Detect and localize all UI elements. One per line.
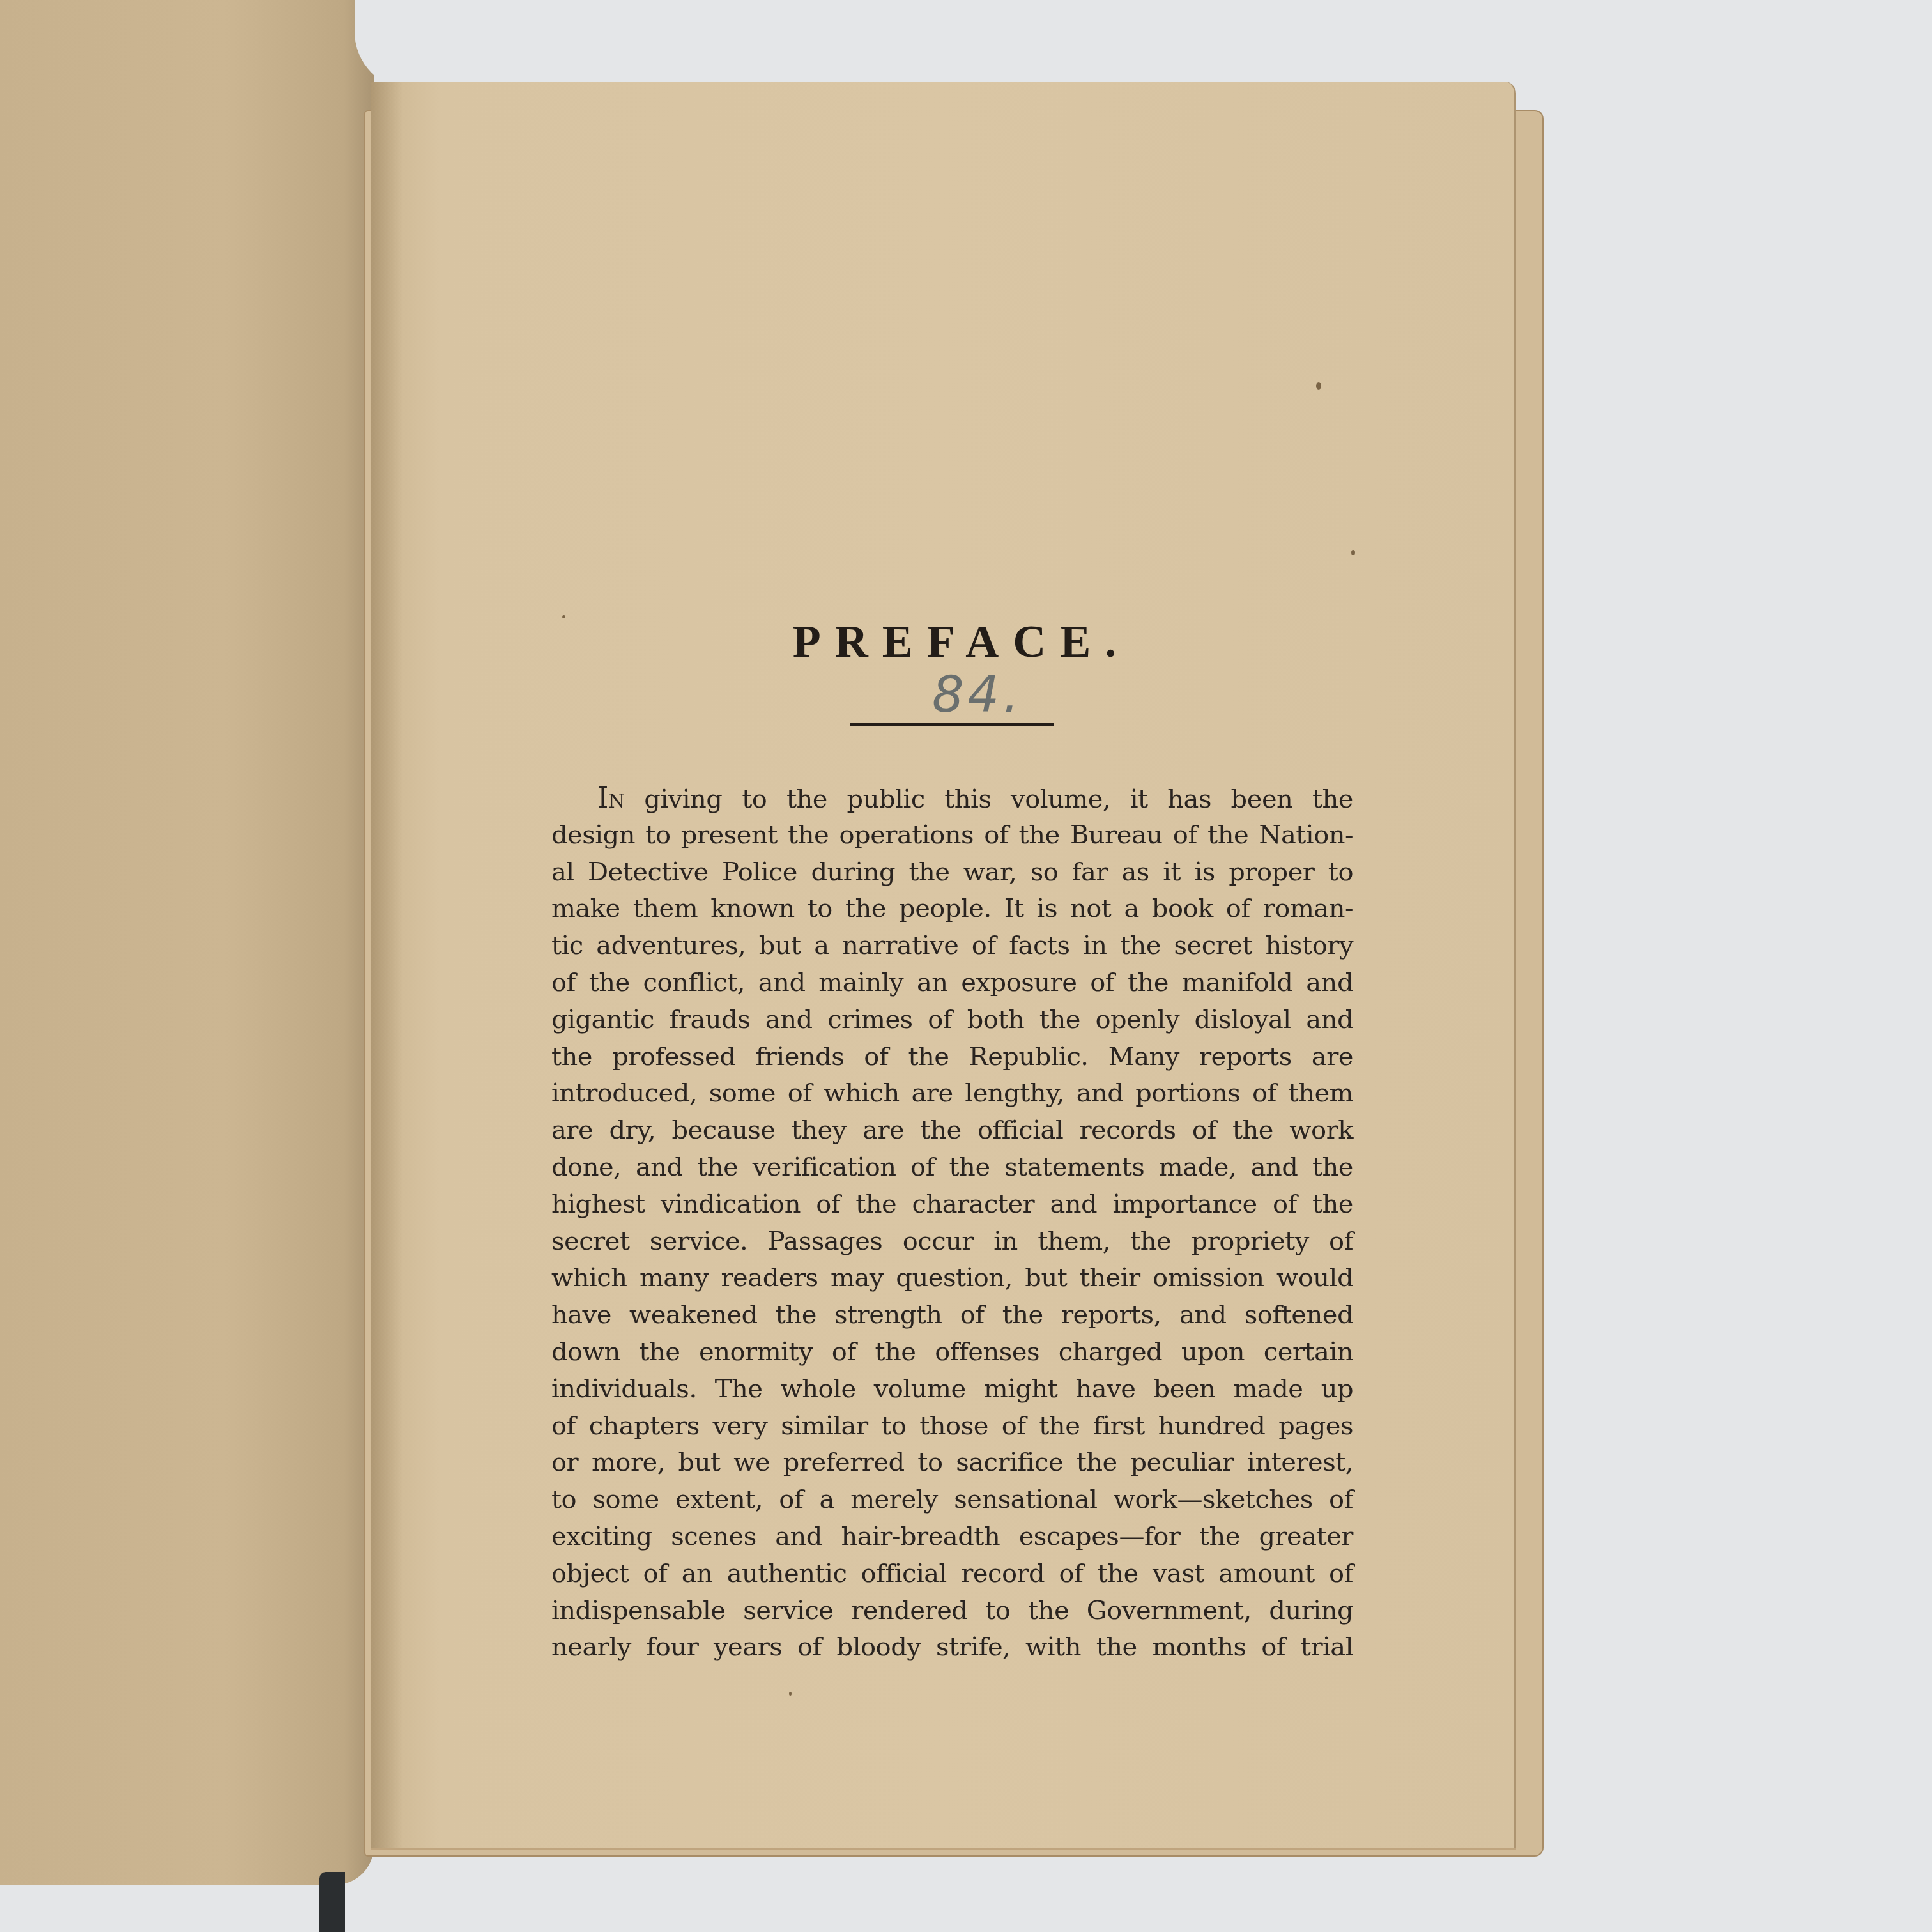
right-page: PREFACE. 84. IN giving to the public thi… (371, 82, 1516, 1848)
text-line: or more, but we preferred to sacrifice t… (551, 1445, 1353, 1482)
opening-initial: I (597, 782, 608, 815)
text-line: highest vindication of the character and… (551, 1186, 1353, 1223)
text-line: of chapters very similar to those of the… (551, 1408, 1353, 1445)
text-line: nearly four years of bloody strife, with… (551, 1629, 1353, 1666)
text-line: tic adventures, but a narrative of facts… (551, 928, 1353, 965)
handwritten-page-number: 84. (901, 666, 1054, 724)
left-page-blank (0, 0, 374, 1885)
text-line: indispensable service rendered to the Go… (551, 1593, 1353, 1630)
text-line: exciting scenes and hair-breadth escapes… (551, 1519, 1353, 1556)
text-line: secret service. Passages occur in them, … (551, 1223, 1353, 1261)
text-line: down the enormity of the offenses charge… (551, 1334, 1353, 1371)
text-line: design to present the operations of the … (551, 817, 1353, 854)
text-line: have weakened the strength of the report… (551, 1297, 1353, 1334)
text-line: of the conflict, and mainly an exposure … (551, 965, 1353, 1002)
text-line: the professed friends of the Republic. M… (551, 1039, 1353, 1076)
paper-speck (1351, 550, 1355, 555)
text-line: are dry, because they are the official r… (551, 1112, 1353, 1149)
text-line: al Detective Police during the war, so f… (551, 854, 1353, 891)
text-line: IN giving to the public this volume, it … (551, 780, 1353, 817)
paper-speck (789, 1692, 792, 1696)
gutter-shadow (371, 82, 402, 1848)
text-line: which many readers may question, but the… (551, 1260, 1353, 1297)
text-line: make them known to the people. It is not… (551, 891, 1353, 928)
text-line: introduced, some of which are lengthy, a… (551, 1075, 1353, 1112)
book-cover-edge (319, 1872, 345, 1932)
text-line: gigantic frauds and crimes of both the o… (551, 1002, 1353, 1039)
page-title: PREFACE. (371, 615, 1514, 668)
paper-speck (562, 615, 565, 618)
text-line: individuals. The whole volume might have… (551, 1371, 1353, 1408)
text-line: done, and the verification of the statem… (551, 1149, 1353, 1186)
title-rule (850, 723, 1054, 726)
paper-speck (1316, 382, 1321, 390)
book-photo: PREFACE. 84. IN giving to the public thi… (0, 0, 1932, 1932)
opening-smallcap: N (608, 790, 625, 813)
text-line: to some extent, of a merely sensational … (551, 1482, 1353, 1519)
text-line: object of an authentic official record o… (551, 1556, 1353, 1593)
preface-body: IN giving to the public this volume, it … (551, 780, 1353, 1666)
